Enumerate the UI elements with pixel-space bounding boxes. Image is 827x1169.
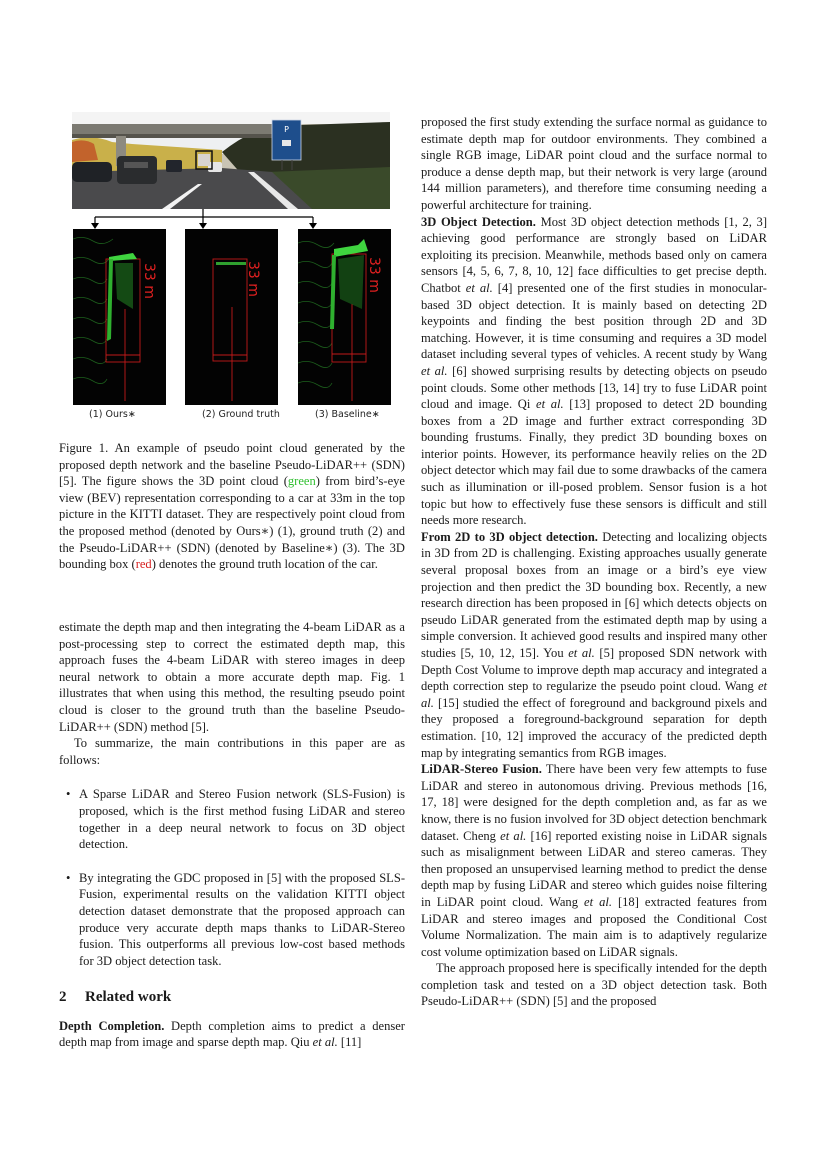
bev-ground-truth: 33 m [185,229,278,405]
object-detection-paragraph: 3D Object Detection. Most 3D object dete… [421,214,767,529]
right-body: proposed the first study extending the s… [421,114,767,1010]
figure-caption: Figure 1. An example of pseudo point clo… [59,440,405,573]
contribution-item: •A Sparse LiDAR and Stereo Fusion networ… [59,786,405,852]
bev-baseline: 33 m [298,229,391,405]
intro-paragraph: estimate the depth map and then integrat… [59,619,405,735]
depth-completion-paragraph: Depth Completion. Depth completion aims … [59,1018,405,1051]
green-highlight: green [288,474,316,488]
contribution-item: •By integrating the GDC proposed in [5] … [59,870,405,970]
subfigure-label-ground-truth: (2) Ground truth [202,409,280,420]
sign-letter: P [284,125,289,134]
figure-1: P 33 m [72,112,392,428]
distance-label: 33 m [245,261,261,297]
branch-arrows [72,209,392,229]
lidar-stereo-fusion-paragraph: LiDAR-Stereo Fusion. There have been ver… [421,761,767,960]
summary-paragraph: To summarize, the main contributions in … [59,735,405,768]
from-2d-to-3d-paragraph: From 2D to 3D object detection. Detectin… [421,529,767,761]
left-body: estimate the depth map and then integrat… [59,619,405,1051]
contributions-list: •A Sparse LiDAR and Stereo Fusion networ… [59,786,405,969]
red-highlight: red [136,557,152,571]
subfigure-label-baseline: (3) Baseline∗ [315,409,380,420]
distance-label: 33 m [366,257,382,293]
bev-ours: 33 m [73,229,166,405]
depth-completion-continued: proposed the first study extending the s… [421,114,767,214]
kitti-road-photo: P [72,112,390,209]
distance-label: 33 m [141,263,157,299]
section-heading: 2Related work [59,989,405,1006]
subfigure-label-ours: (1) Ours∗ [89,409,136,420]
approach-paragraph: The approach proposed here is specifical… [421,960,767,1010]
